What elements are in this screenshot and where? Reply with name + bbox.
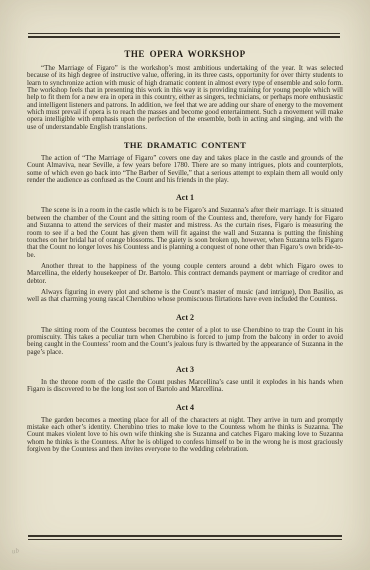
heading-the-dramatic-content: THE DRAMATIC CONTENT bbox=[27, 140, 343, 150]
section-dramatic-content: THE DRAMATIC CONTENT The action of “The … bbox=[27, 140, 343, 184]
act-1-paragraph-3: Always figuring in every plot and scheme… bbox=[27, 289, 343, 304]
act-2-paragraph: The sitting room of the Countess becomes… bbox=[27, 327, 343, 356]
heading-act-3: Act 3 bbox=[27, 365, 343, 374]
act-1-paragraph-2: Another threat to the happiness of the y… bbox=[27, 263, 343, 285]
act-1-paragraph-1: The scene is in a room in the castle whi… bbox=[27, 207, 343, 258]
heading-act-4: Act 4 bbox=[27, 403, 343, 412]
section-opera-workshop: THE OPERA WORKSHOP “The Marriage of Figa… bbox=[27, 49, 343, 131]
program-page: THE MARRIAGE OF FIGARO THE MARRIAGE OF F… bbox=[0, 0, 370, 570]
section-act-2: Act 2 The sitting room of the Countess b… bbox=[27, 313, 343, 356]
top-double-rule bbox=[28, 33, 340, 38]
section-act-4: Act 4 The garden becomes a meeting place… bbox=[27, 403, 343, 454]
act-4-paragraph: The garden becomes a meeting place for a… bbox=[27, 417, 343, 454]
opera-workshop-paragraph: “The Marriage of Figaro” is the workshop… bbox=[27, 65, 343, 131]
heading-act-1: Act 1 bbox=[27, 193, 343, 202]
dramatic-content-paragraph: The action of “The Marriage of Figaro” c… bbox=[27, 155, 343, 184]
section-act-3: Act 3 In the throne room of the castle t… bbox=[27, 365, 343, 394]
bottom-double-rule bbox=[28, 535, 342, 540]
act-3-paragraph: In the throne room of the castle the Cou… bbox=[27, 379, 343, 394]
section-act-1: Act 1 The scene is in a room in the cast… bbox=[27, 193, 343, 303]
heading-act-2: Act 2 bbox=[27, 313, 343, 322]
heading-the-opera-workshop: THE OPERA WORKSHOP bbox=[27, 49, 343, 59]
page-content: THE OPERA WORKSHOP “The Marriage of Figa… bbox=[27, 40, 343, 453]
pencil-mark: ub bbox=[11, 547, 19, 556]
